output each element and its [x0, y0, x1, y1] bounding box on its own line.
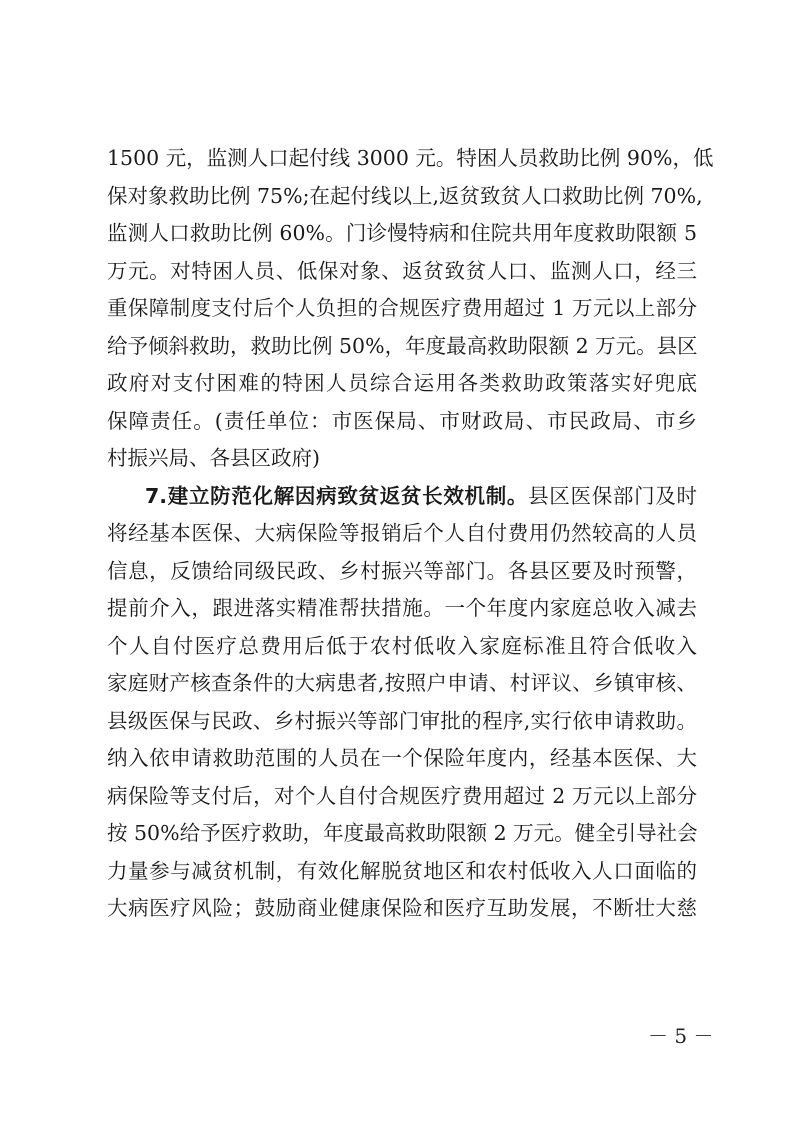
- document-body: 1500 元，监测人口起付线 3000 元。特困人员救助比例 90%，低 保对象…: [107, 140, 697, 928]
- text-line: 万元。对特困人员、低保对象、返贫致贫人口、监测人口，经三: [107, 253, 697, 291]
- section-heading: 7.建立防范化解因病致贫返贫长效机制。: [145, 484, 528, 508]
- document-page: 1500 元，监测人口起付线 3000 元。特困人员救助比例 90%，低 保对象…: [0, 0, 793, 1122]
- text-line: 个人自付医疗总费用后低于农村低收入家庭标准且符合低收入: [107, 628, 697, 666]
- text-line: 将经基本医保、大病保险等报销后个人自付费用仍然较高的人员: [107, 515, 697, 553]
- section-heading-rest: 县区医保部门及时: [528, 484, 697, 508]
- text-line: 保对象救助比例 75%;在起付线以上,返贫致贫人口救助比例 70%,: [107, 178, 697, 216]
- section-heading-line: 7.建立防范化解因病致贫返贫长效机制。县区医保部门及时: [107, 478, 697, 516]
- text-line: 按 50%给予医疗救助，年度最高救助限额 2 万元。健全引导社会: [107, 815, 697, 853]
- paragraph-long-term-mechanism: 7.建立防范化解因病致贫返贫长效机制。县区医保部门及时 将经基本医保、大病保险等…: [107, 478, 697, 928]
- text-line: 信息，反馈给同级民政、乡村振兴等部门。各县区要及时预警，: [107, 553, 697, 591]
- text-line: 病保险等支付后，对个人自付合规医疗费用超过 2 万元以上部分: [107, 778, 697, 816]
- text-line: 力量参与减贫机制，有效化解脱贫地区和农村低收入人口面临的: [107, 853, 697, 891]
- page-number: － 5 －: [648, 1020, 713, 1049]
- text-line: 家庭财产核查条件的大病患者,按照户申请、村评议、乡镇审核、: [107, 665, 697, 703]
- text-line: 县级医保与民政、乡村振兴等部门审批的程序,实行依申请救助。: [107, 703, 697, 741]
- text-line: 给予倾斜救助，救助比例 50%，年度最高救助限额 2 万元。县区: [107, 328, 697, 366]
- text-line: 纳入依申请救助范围的人员在一个保险年度内，经基本医保、大: [107, 740, 697, 778]
- text-line: 1500 元，监测人口起付线 3000 元。特困人员救助比例 90%，低: [107, 140, 697, 178]
- text-line: 保障责任。(责任单位：市医保局、市财政局、市民政局、市乡: [107, 403, 697, 441]
- text-line: 重保障制度支付后个人负担的合规医疗费用超过 1 万元以上部分: [107, 290, 697, 328]
- text-line: 村振兴局、各县区政府): [107, 440, 697, 478]
- paragraph-medical-assistance-ratios: 1500 元，监测人口起付线 3000 元。特困人员救助比例 90%，低 保对象…: [107, 140, 697, 478]
- text-line: 监测人口救助比例 60%。门诊慢特病和住院共用年度救助限额 5: [107, 215, 697, 253]
- text-line: 大病医疗风险；鼓励商业健康保险和医疗互助发展，不断壮大慈: [107, 890, 697, 928]
- text-line: 政府对支付困难的特困人员综合运用各类救助政策落实好兜底: [107, 365, 697, 403]
- text-line: 提前介入，跟进落实精准帮扶措施。一个年度内家庭总收入减去: [107, 590, 697, 628]
